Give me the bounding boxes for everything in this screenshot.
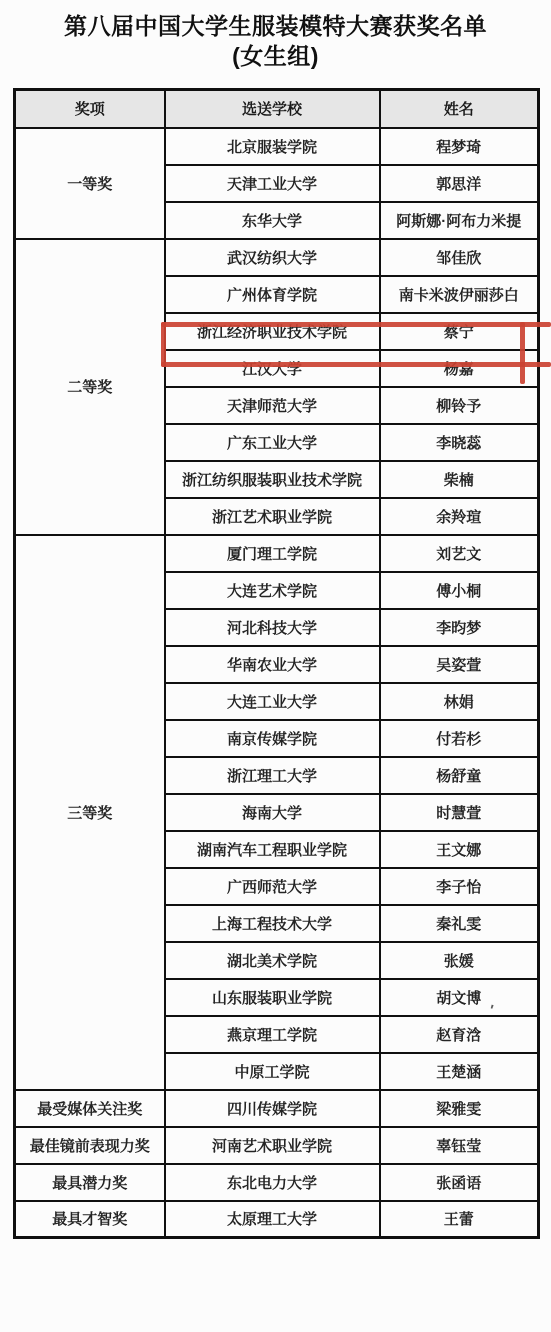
- award-cell-media-attention: 最受媒体关注奖: [15, 1090, 165, 1127]
- name-cell: 阿斯娜·阿布力米提: [380, 202, 539, 239]
- school-cell: 东华大学: [165, 202, 380, 239]
- school-cell: 四川传媒学院: [165, 1090, 380, 1127]
- table-row: 二等奖 武汉纺织大学 邹佳欣: [15, 239, 539, 276]
- school-cell: 浙江艺术职业学院: [165, 498, 380, 535]
- name-cell: 傅小桐: [380, 572, 539, 609]
- name-cell: 张媛: [380, 942, 539, 979]
- table-row: 一等奖 北京服装学院 程梦琦: [15, 128, 539, 165]
- name-cell: 秦礼雯: [380, 905, 539, 942]
- award-list-page: 第八届中国大学生服装模特大赛获奖名单 (女生组) 奖项 选送学校 姓名 一等奖 …: [0, 0, 551, 1332]
- school-cell: 广州体育学院: [165, 276, 380, 313]
- school-cell: 太原理工大学: [165, 1201, 380, 1238]
- school-cell: 燕京理工学院: [165, 1016, 380, 1053]
- name-cell: 林娟: [380, 683, 539, 720]
- school-cell-highlighted: 浙江经济职业技术学院: [165, 313, 380, 350]
- name-cell: 余羚瑄: [380, 498, 539, 535]
- name-cell: 付若杉: [380, 720, 539, 757]
- name-cell: 赵育浛: [380, 1016, 539, 1053]
- name-cell: 南卡米波伊丽莎白: [380, 276, 539, 313]
- table-row: 最受媒体关注奖 四川传媒学院 梁雅雯: [15, 1090, 539, 1127]
- school-cell: 武汉纺织大学: [165, 239, 380, 276]
- name-cell: 郭思洋: [380, 165, 539, 202]
- page-title-line2: (女生组): [0, 42, 551, 72]
- name-cell: 王蕾: [380, 1201, 539, 1238]
- school-cell: 南京传媒学院: [165, 720, 380, 757]
- school-cell: 浙江纺织服装职业技术学院: [165, 461, 380, 498]
- school-cell: 河北科技大学: [165, 609, 380, 646]
- school-cell: 华南农业大学: [165, 646, 380, 683]
- award-cell-most-talented: 最具才智奖: [15, 1201, 165, 1238]
- school-cell: 厦门理工学院: [165, 535, 380, 572]
- school-cell: 天津工业大学: [165, 165, 380, 202]
- school-cell: 湖南汽车工程职业学院: [165, 831, 380, 868]
- school-cell: 广西师范大学: [165, 868, 380, 905]
- school-cell: 湖北美术学院: [165, 942, 380, 979]
- name-cell: 辜钰莹: [380, 1127, 539, 1164]
- header-school: 选送学校: [165, 90, 380, 128]
- school-cell: 江汉大学: [165, 350, 380, 387]
- page-title-line1: 第八届中国大学生服装模特大赛获奖名单: [0, 12, 551, 42]
- header-row: 奖项 选送学校 姓名: [15, 90, 539, 128]
- school-cell: 大连工业大学: [165, 683, 380, 720]
- awards-table: 奖项 选送学校 姓名 一等奖 北京服装学院 程梦琦 天津工业大学 郭思洋 东华大…: [13, 88, 540, 1239]
- name-cell: 邹佳欣: [380, 239, 539, 276]
- name-cell: 王文娜: [380, 831, 539, 868]
- award-cell-first-prize: 一等奖: [15, 128, 165, 239]
- school-cell: 天津师范大学: [165, 387, 380, 424]
- header-name: 姓名: [380, 90, 539, 128]
- name-cell: 程梦琦: [380, 128, 539, 165]
- name-cell: 胡文博: [380, 979, 539, 1016]
- name-cell: 张函语: [380, 1164, 539, 1201]
- name-cell: 吴姿萱: [380, 646, 539, 683]
- award-cell-most-potential: 最具潜力奖: [15, 1164, 165, 1201]
- school-cell: 大连艺术学院: [165, 572, 380, 609]
- name-cell: 柳铃予: [380, 387, 539, 424]
- award-cell-best-camera-presence: 最佳镜前表现力奖: [15, 1127, 165, 1164]
- table-row: 最具潜力奖 东北电力大学 张函语: [15, 1164, 539, 1201]
- school-cell: 山东服装职业学院: [165, 979, 380, 1016]
- name-cell: 刘艺文: [380, 535, 539, 572]
- name-cell: 梁雅雯: [380, 1090, 539, 1127]
- name-cell: 杨舒童: [380, 757, 539, 794]
- school-cell: 中原工学院: [165, 1053, 380, 1090]
- page-title: 第八届中国大学生服装模特大赛获奖名单 (女生组): [0, 12, 551, 72]
- school-cell: 上海工程技术大学: [165, 905, 380, 942]
- name-cell: 柴楠: [380, 461, 539, 498]
- school-cell: 河南艺术职业学院: [165, 1127, 380, 1164]
- award-cell-second-prize: 二等奖: [15, 239, 165, 535]
- table-row: 三等奖 厦门理工学院 刘艺文: [15, 535, 539, 572]
- name-cell: 李子怡: [380, 868, 539, 905]
- name-cell: 李昀梦: [380, 609, 539, 646]
- school-cell: 浙江理工大学: [165, 757, 380, 794]
- header-award: 奖项: [15, 90, 165, 128]
- school-cell: 广东工业大学: [165, 424, 380, 461]
- name-cell: 时慧萱: [380, 794, 539, 831]
- name-cell: 王楚涵: [380, 1053, 539, 1090]
- school-cell: 海南大学: [165, 794, 380, 831]
- school-cell: 北京服装学院: [165, 128, 380, 165]
- school-cell: 东北电力大学: [165, 1164, 380, 1201]
- name-cell: 杨嘉: [380, 350, 539, 387]
- table-row: 最佳镜前表现力奖 河南艺术职业学院 辜钰莹: [15, 1127, 539, 1164]
- name-cell: 李晓蕊: [380, 424, 539, 461]
- name-cell-highlighted: 蔡宁: [380, 313, 539, 350]
- table-row: 最具才智奖 太原理工大学 王蕾: [15, 1201, 539, 1238]
- award-cell-third-prize: 三等奖: [15, 535, 165, 1090]
